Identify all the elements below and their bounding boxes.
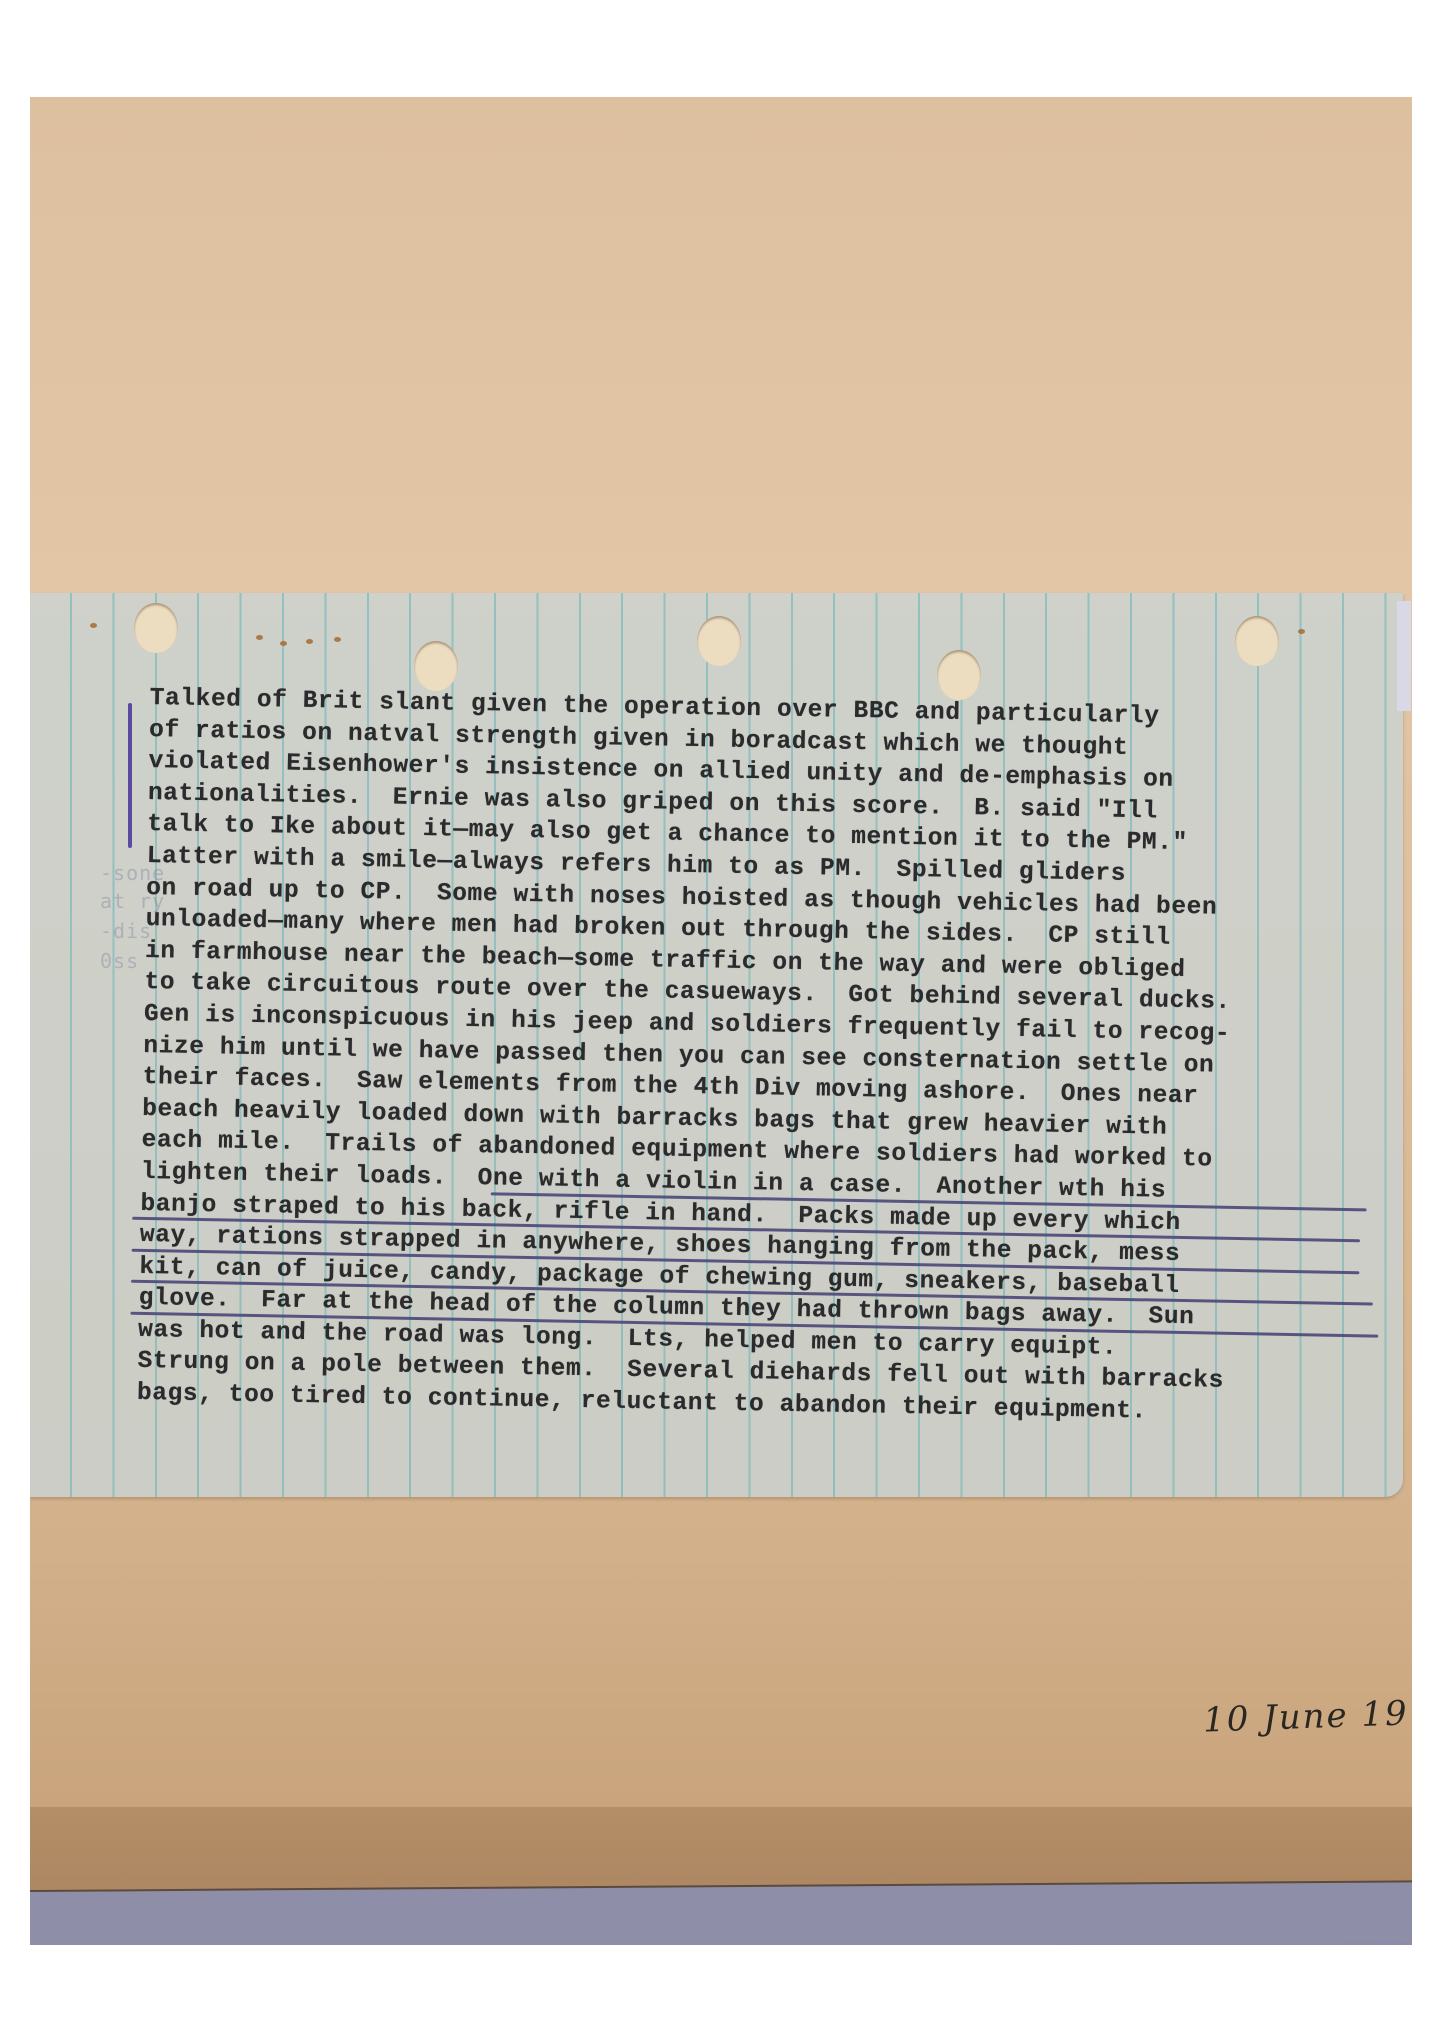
punch-hole-icon <box>134 603 178 653</box>
rust-stain <box>334 637 341 642</box>
scanned-page: -sone at ry -dis 0ss Talked of Brit slan… <box>30 97 1412 1945</box>
punch-hole-icon <box>697 616 741 666</box>
ledger-card: -sone at ry -dis 0ss Talked of Brit slan… <box>30 593 1403 1497</box>
punch-hole-icon <box>1235 616 1279 666</box>
rust-stain <box>90 623 97 628</box>
handwritten-date: 10 June 19 <box>1202 1693 1409 1740</box>
card-edge-tab <box>1397 601 1411 711</box>
punch-hole-icon <box>414 641 458 691</box>
rust-stain <box>256 635 263 640</box>
rust-stain <box>1298 629 1305 634</box>
rust-stain <box>280 641 287 646</box>
margin-bar-icon <box>128 703 132 848</box>
typewritten-body: Talked of Brit slant given the operation… <box>137 683 1390 1432</box>
punch-hole-icon <box>937 650 981 700</box>
rust-stain <box>306 639 313 644</box>
bleed-through-text: 0ss <box>100 949 139 973</box>
folder-torn-edge <box>30 1880 1412 1945</box>
